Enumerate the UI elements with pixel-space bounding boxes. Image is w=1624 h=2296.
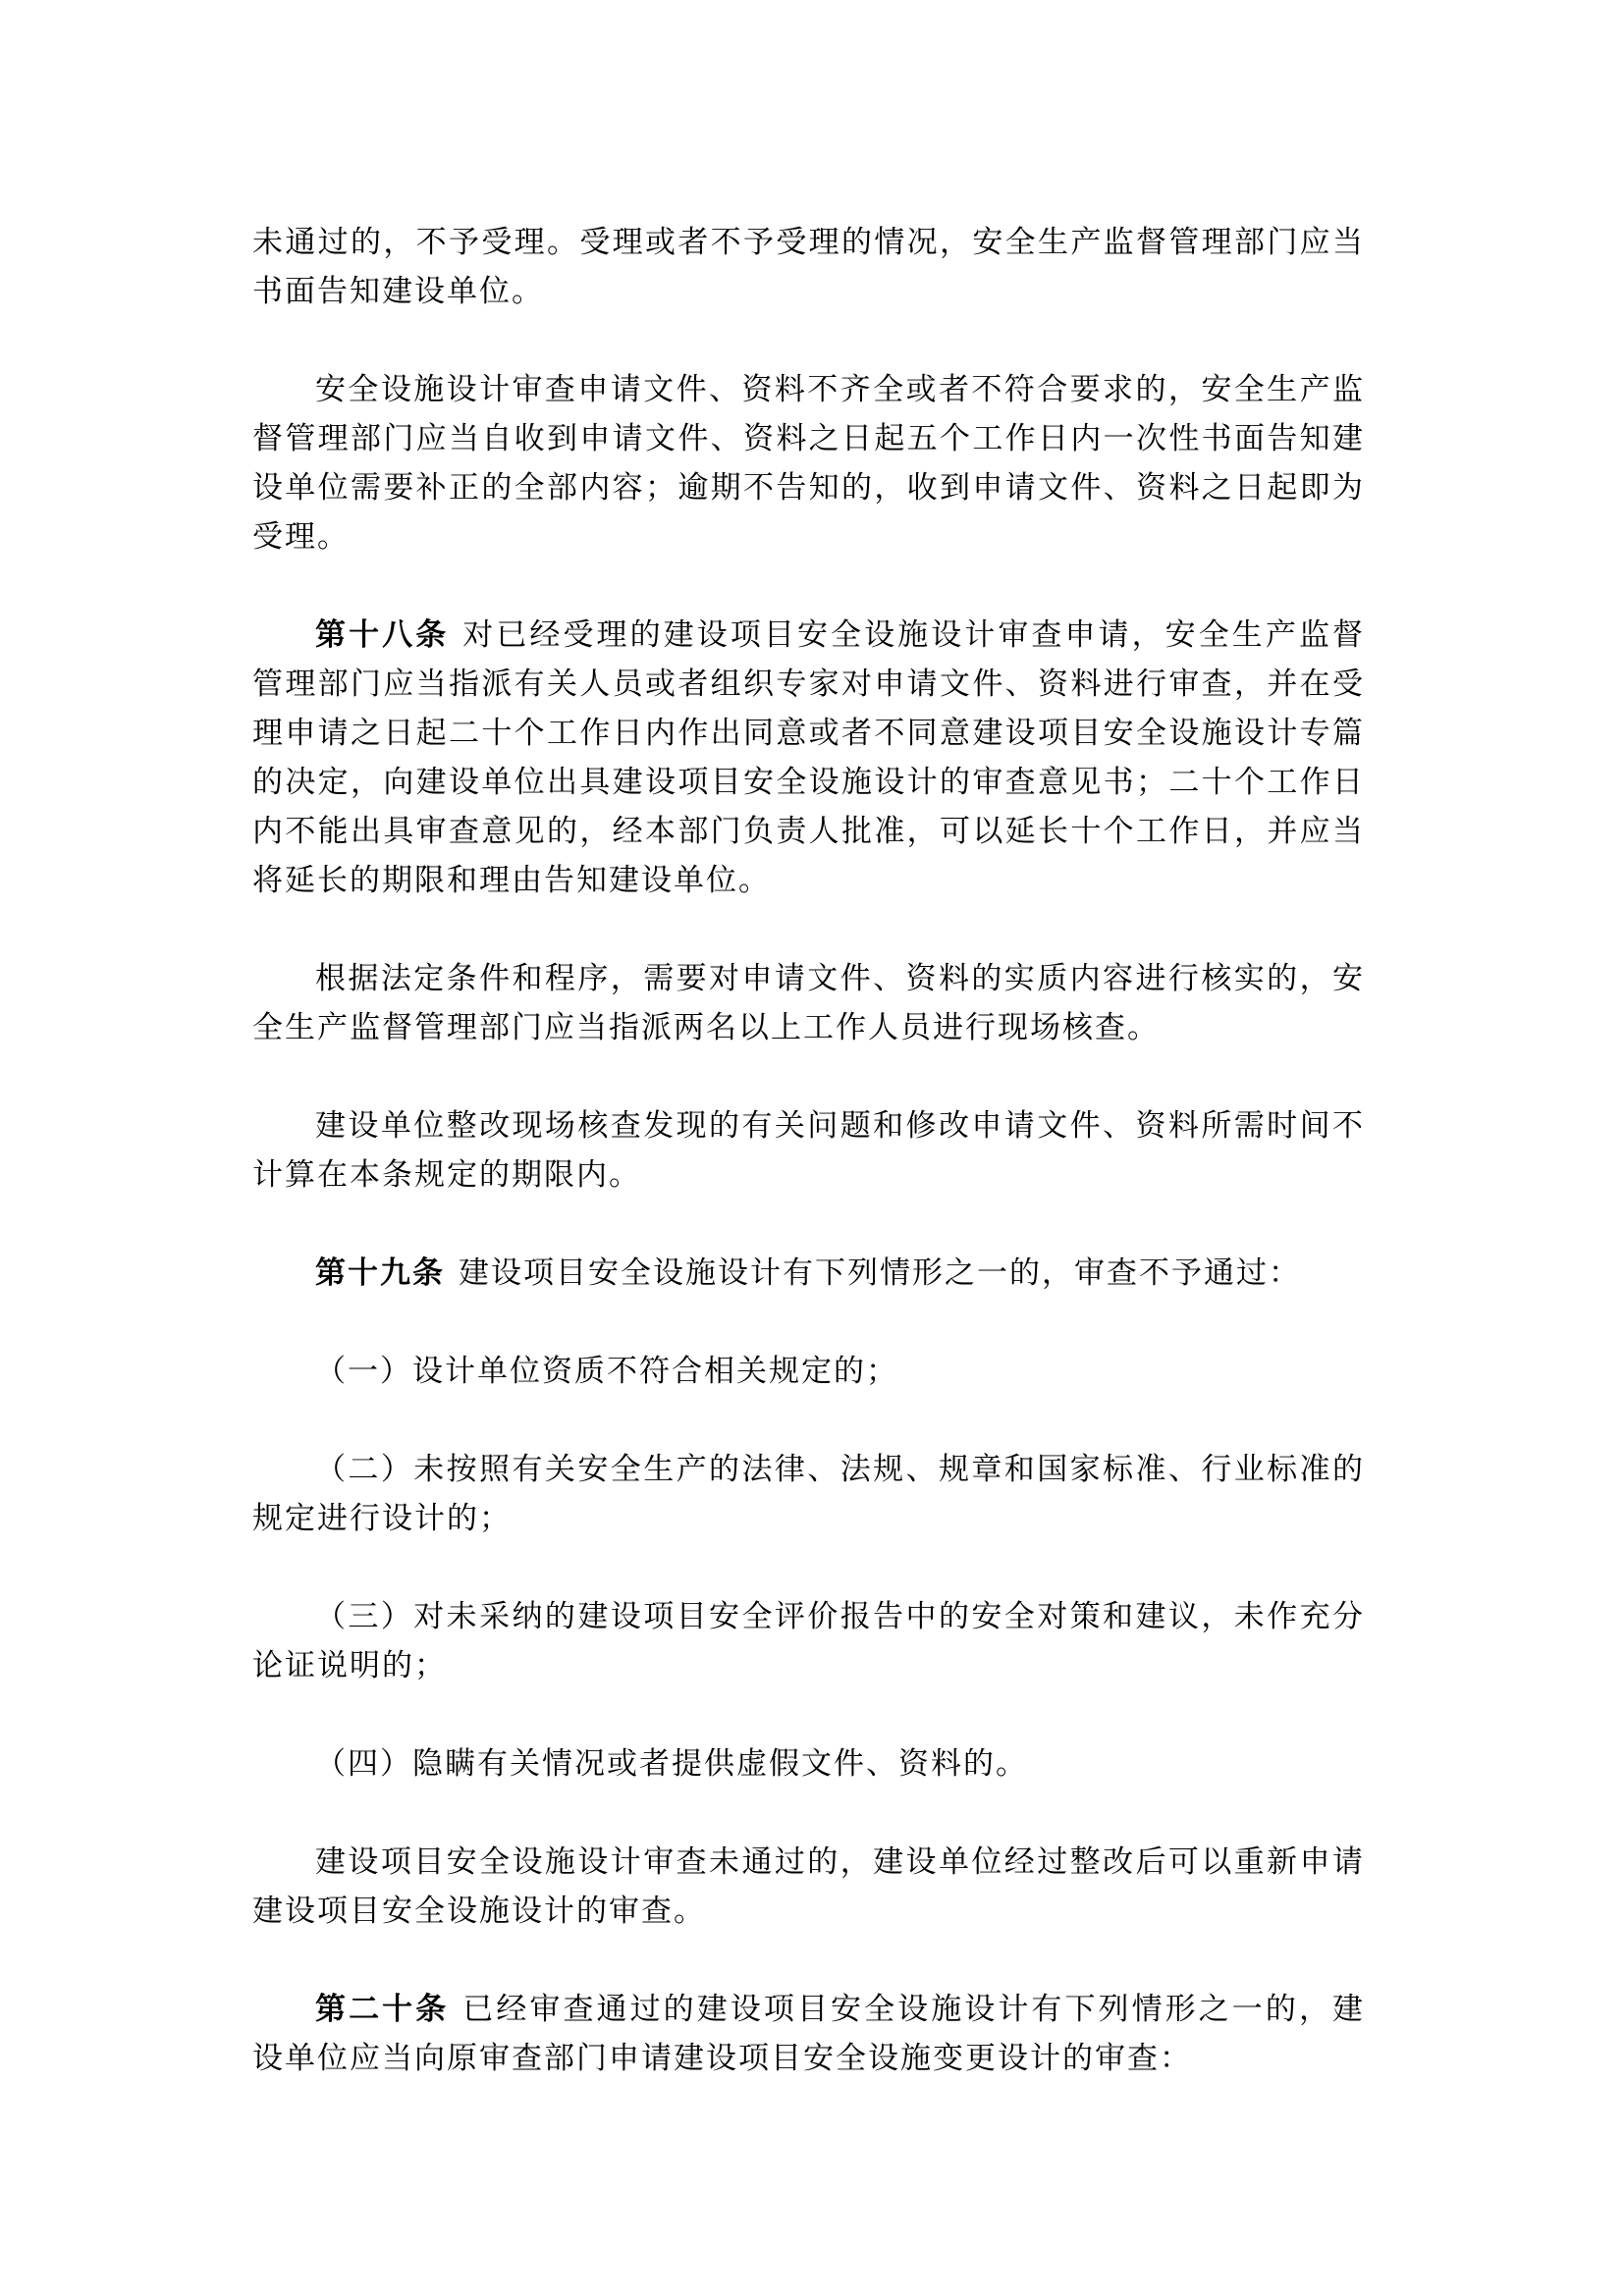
paragraph: 建设单位整改现场核查发现的有关问题和修改申请文件、资料所需时间不计算在本条规定的… (252, 1101, 1365, 1200)
list-item-4: （四）隐瞒有关情况或者提供虚假文件、资料的。 (252, 1739, 1365, 1789)
article-number: 第十九条 (315, 1255, 445, 1290)
list-item-3: （三）对未采纳的建设项目安全评价报告中的安全对策和建议，未作充分论证说明的； (252, 1592, 1365, 1690)
paragraph: 安全设施设计审查申请文件、资料不齐全或者不符合要求的，安全生产监督管理部门应当自… (252, 365, 1365, 561)
paragraph-text: 建设单位整改现场核查发现的有关问题和修改申请文件、资料所需时间不计算在本条规定的… (252, 1108, 1365, 1192)
list-item-2: （二）未按照有关安全生产的法律、法规、规章和国家标准、行业标准的规定进行设计的； (252, 1445, 1365, 1543)
paragraph-text: 对已经受理的建设项目安全设施设计审查申请，安全生产监督管理部门应当指派有关人员或… (252, 617, 1365, 897)
paragraph-text: 安全设施设计审查申请文件、资料不齐全或者不符合要求的，安全生产监督管理部门应当自… (252, 372, 1365, 554)
paragraph: 未通过的，不予受理。受理或者不予受理的情况，安全生产监督管理部门应当书面告知建设… (252, 218, 1365, 316)
document-body-text: 未通过的，不予受理。受理或者不予受理的情况，安全生产监督管理部门应当书面告知建设… (252, 218, 1365, 2132)
paragraph-text: 建设项目安全设施设计审查未通过的，建设单位经过整改后可以重新申请建设项目安全设施… (252, 1844, 1365, 1928)
paragraph-text: 未通过的，不予受理。受理或者不予受理的情况，安全生产监督管理部门应当书面告知建设… (252, 225, 1365, 308)
paragraph-text: 建设项目安全设施设计有下列情形之一的，审查不予通过： (459, 1255, 1301, 1290)
document-page: 未通过的，不予受理。受理或者不予受理的情况，安全生产监督管理部门应当书面告知建设… (0, 0, 1624, 2296)
paragraph-text: （二）未按照有关安全生产的法律、法规、规章和国家标准、行业标准的规定进行设计的； (252, 1452, 1365, 1535)
paragraph-text: （一）设计单位资质不符合相关规定的； (315, 1354, 898, 1388)
paragraph-text: （四）隐瞒有关情况或者提供虚假文件、资料的。 (315, 1746, 1028, 1781)
paragraph: 根据法定条件和程序，需要对申请文件、资料的实质内容进行核实的，安全生产监督管理部… (252, 954, 1365, 1052)
article-number: 第十八条 (315, 617, 449, 652)
paragraph-article-20: 第二十条已经审查通过的建设项目安全设施设计有下列情形之一的，建设单位应当向原审查… (252, 1985, 1365, 2083)
paragraph-article-18: 第十八条对已经受理的建设项目安全设施设计审查申请，安全生产监督管理部门应当指派有… (252, 611, 1365, 905)
paragraph-article-19: 第十九条建设项目安全设施设计有下列情形之一的，审查不予通过： (252, 1249, 1365, 1298)
paragraph-text: 根据法定条件和程序，需要对申请文件、资料的实质内容进行核实的，安全生产监督管理部… (252, 961, 1365, 1044)
article-number: 第二十条 (315, 1992, 449, 2026)
paragraph-text: （三）对未采纳的建设项目安全评价报告中的安全对策和建议，未作充分论证说明的； (252, 1599, 1365, 1682)
list-item-1: （一）设计单位资质不符合相关规定的； (252, 1347, 1365, 1396)
paragraph: 建设项目安全设施设计审查未通过的，建设单位经过整改后可以重新申请建设项目安全设施… (252, 1838, 1365, 1936)
